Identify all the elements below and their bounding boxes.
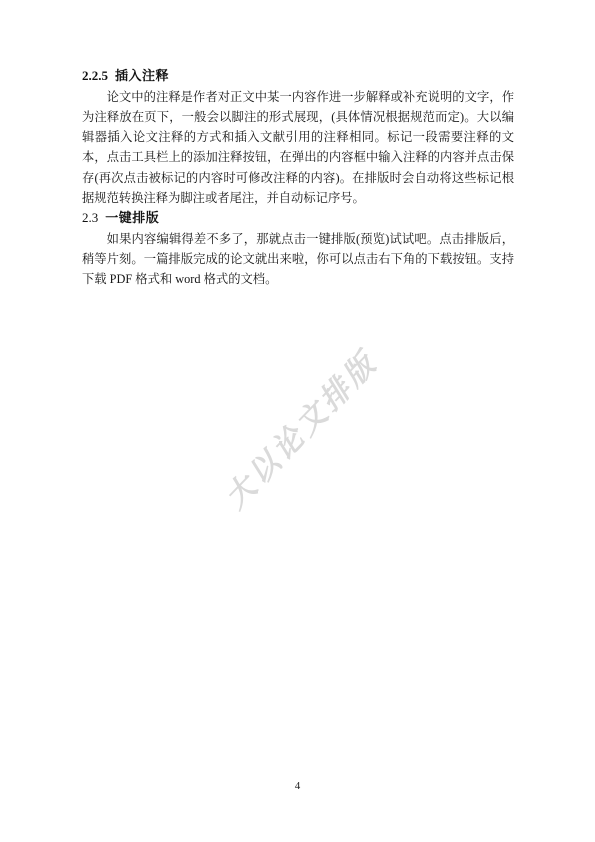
page-content: 2.2.5插入注释 论文中的注释是作者对正文中某一内容作进一步解释或补充说明的文… (82, 66, 514, 290)
heading-number: 2.3 (82, 210, 98, 225)
paragraph-one-click-layout: 如果内容编辑得差不多了，那就点击一键排版(预览)试试吧。点击排版后，稍等片刻。一… (82, 229, 514, 290)
heading-text: 一键排版 (105, 210, 159, 225)
heading-text: 插入注释 (115, 68, 169, 83)
section-heading-one-click-layout: 2.3一键排版 (82, 208, 514, 229)
document-page: 大以论文排版 2.2.5插入注释 论文中的注释是作者对正文中某一内容作进一步解释… (0, 0, 595, 842)
heading-number: 2.2.5 (82, 68, 108, 83)
watermark-text: 大以论文排版 (212, 339, 385, 516)
section-heading-insert-annotation: 2.2.5插入注释 (82, 66, 514, 87)
paragraph-insert-annotation: 论文中的注释是作者对正文中某一内容作进一步解释或补充说明的文字，作为注释放在页下… (82, 87, 514, 209)
page-number: 4 (0, 780, 595, 792)
